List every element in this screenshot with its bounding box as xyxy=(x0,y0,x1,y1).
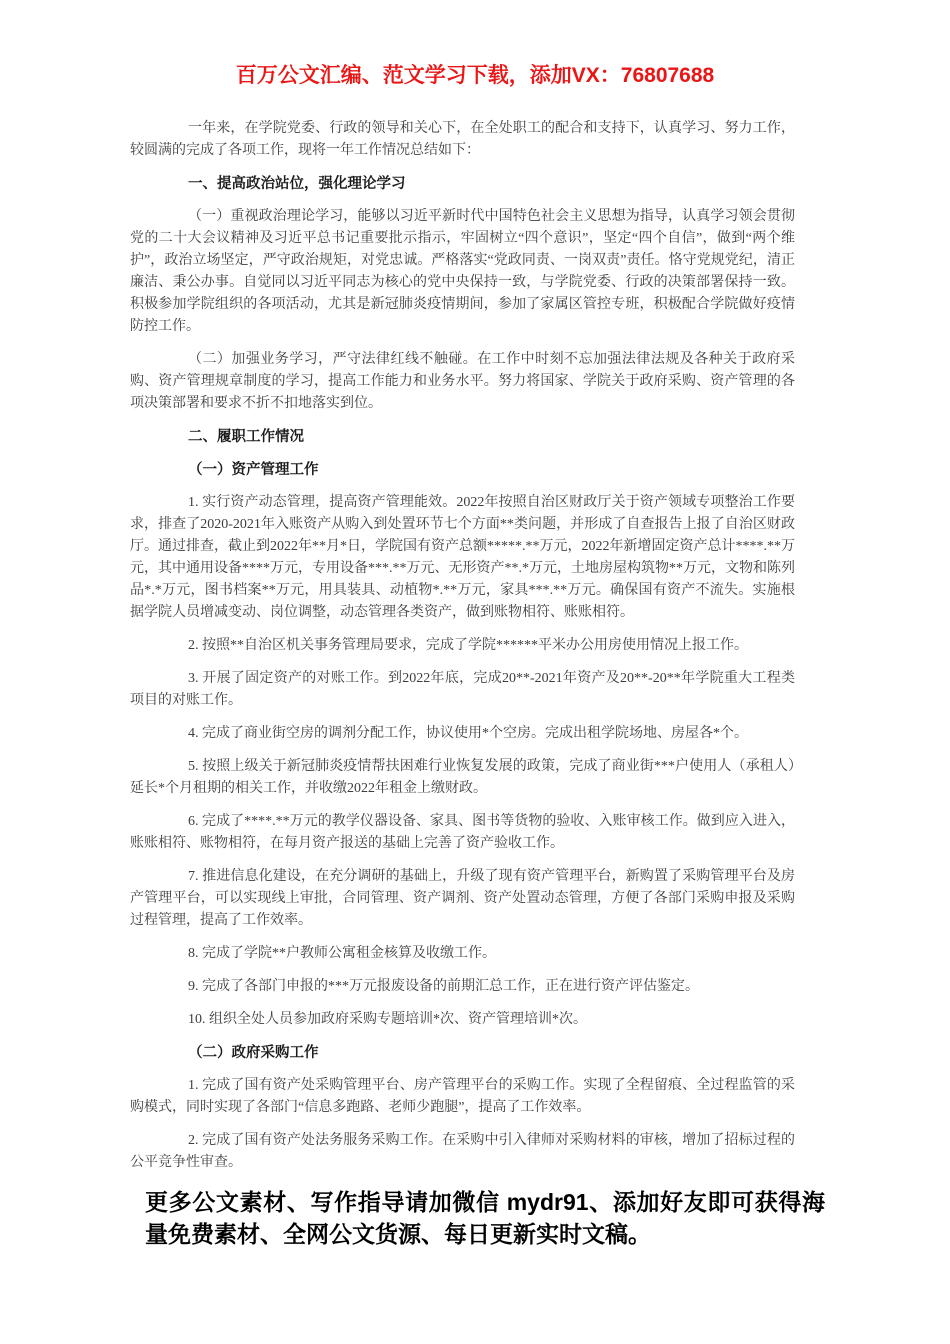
paragraph: 8. 完成了学院**户教师公寓租金核算及收缴工作。 xyxy=(130,943,795,965)
paragraph: 4. 完成了商业街空房的调剂分配工作，协议使用*个空房。完成出租学院场地、房屋各… xyxy=(130,723,795,745)
paragraph: 2. 完成了国有资产处法务服务采购工作。在采购中引入律师对采购材料的审核，增加了… xyxy=(130,1130,795,1174)
section-heading: 二、履职工作情况 xyxy=(130,426,795,448)
paragraph: （二）加强业务学习，严守法律红线不触碰。在工作中时刻不忘加强法律法规及各种关于政… xyxy=(130,349,795,415)
paragraph: 7. 推进信息化建设，在充分调研的基础上，升级了现有资产管理平台，新购置了采购管… xyxy=(130,866,795,932)
paragraph: 3. 开展了固定资产的对账工作。到2022年底，完成20**-2021年资产及2… xyxy=(130,668,795,712)
paragraph: 10. 组织全处人员参加政府采购专题培训*次、资产管理培训*次。 xyxy=(130,1009,795,1031)
section-heading: （二）政府采购工作 xyxy=(130,1042,795,1064)
document-body: 一年来，在学院党委、行政的领导和关心下，在全处职工的配合和支持下，认真学习、努力… xyxy=(130,118,795,1174)
top-promo-banner: 百万公文汇编、范文学习下载，添加VX：76807688 xyxy=(0,0,950,92)
section-heading: 一、提高政治站位，强化理论学习 xyxy=(130,173,795,195)
paragraph: 1. 实行资产动态管理，提高资产管理能效。2022年按照自治区财政厅关于资产领域… xyxy=(130,492,795,624)
paragraph: （一）重视政治理论学习，能够以习近平新时代中国特色社会主义思想为指导，认真学习领… xyxy=(130,206,795,338)
bottom-promo-banner: 更多公文素材、写作指导请加微信 mydr91、添加好友即可获得海量免费素材、全网… xyxy=(145,1186,825,1250)
paragraph: 9. 完成了各部门申报的***万元报废设备的前期汇总工作，正在进行资产评估鉴定。 xyxy=(130,976,795,998)
paragraph: 5. 按照上级关于新冠肺炎疫情帮扶困难行业恢复发展的政策，完成了商业街***户使… xyxy=(130,756,795,800)
paragraph: 一年来，在学院党委、行政的领导和关心下，在全处职工的配合和支持下，认真学习、努力… xyxy=(130,118,795,162)
section-heading: （一）资产管理工作 xyxy=(130,459,795,481)
paragraph: 1. 完成了国有资产处采购管理平台、房产管理平台的采购工作。实现了全程留痕、全过… xyxy=(130,1075,795,1119)
paragraph: 2. 按照**自治区机关事务管理局要求，完成了学院******平米办公用房使用情… xyxy=(130,635,795,657)
paragraph: 6. 完成了****.**万元的教学仪器设备、家具、图书等货物的验收、入账审核工… xyxy=(130,811,795,855)
document-page: 百万公文汇编、范文学习下载，添加VX：76807688 一年来，在学院党委、行政… xyxy=(0,0,950,1250)
